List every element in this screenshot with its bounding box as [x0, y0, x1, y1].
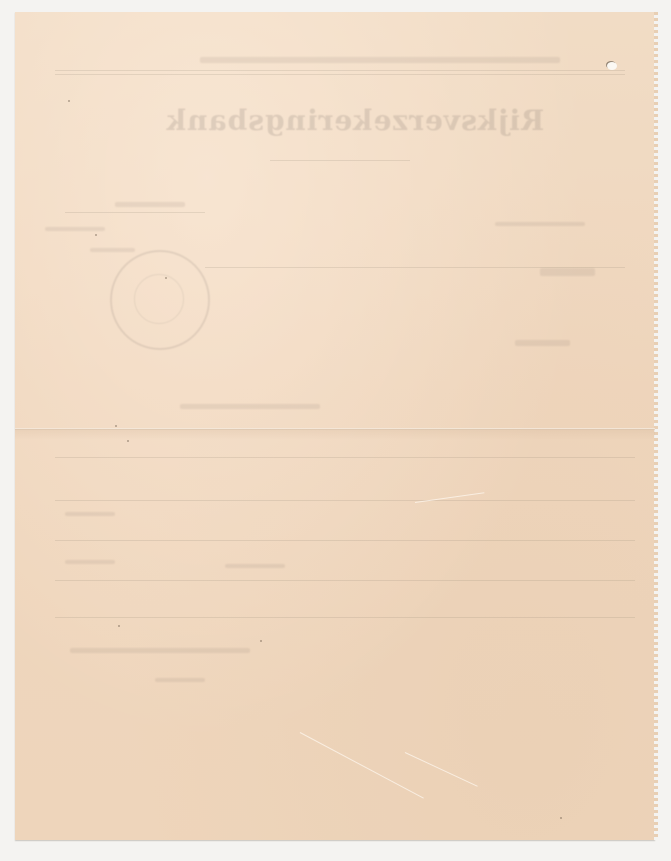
show-through-header-rule — [55, 70, 625, 71]
show-through-rule — [55, 500, 635, 501]
show-through-text — [515, 340, 570, 346]
speck — [115, 425, 117, 427]
show-through-text — [90, 248, 135, 252]
show-through-stamp — [110, 250, 210, 350]
speck — [260, 640, 262, 642]
show-through-text — [45, 227, 105, 231]
speck — [127, 440, 129, 442]
show-through-rule — [55, 457, 635, 458]
paper-crease — [405, 752, 478, 787]
show-through-rule — [55, 580, 635, 581]
show-through-text — [65, 560, 115, 564]
speck — [68, 100, 70, 102]
show-through-rule — [55, 540, 635, 541]
show-through-header-rule-2 — [55, 74, 625, 75]
show-through-header-text — [200, 57, 560, 63]
speck — [118, 625, 120, 627]
show-through-text — [540, 268, 595, 276]
show-through-text — [180, 404, 320, 409]
show-through-text — [65, 512, 115, 516]
paper-hole — [607, 62, 617, 70]
show-through-text — [70, 648, 250, 653]
perforated-edge — [654, 12, 658, 840]
show-through-text — [495, 222, 585, 226]
show-through-text — [155, 678, 205, 682]
show-through-text — [225, 564, 285, 568]
show-through-title-underline — [270, 160, 410, 161]
show-through-rule — [55, 617, 635, 618]
scan-canvas: Rijksverzekeringsbank — [0, 0, 671, 861]
show-through-title: Rijksverzekeringsbank — [155, 104, 555, 137]
paper-crease — [415, 492, 484, 503]
paper-sheet: Rijksverzekeringsbank — [15, 12, 655, 840]
speck — [165, 277, 167, 279]
fold-shadow — [15, 430, 655, 440]
show-through-rule — [65, 212, 205, 213]
speck — [560, 817, 562, 819]
paper-crease — [300, 732, 424, 799]
speck — [95, 234, 97, 236]
show-through-text — [115, 202, 185, 207]
